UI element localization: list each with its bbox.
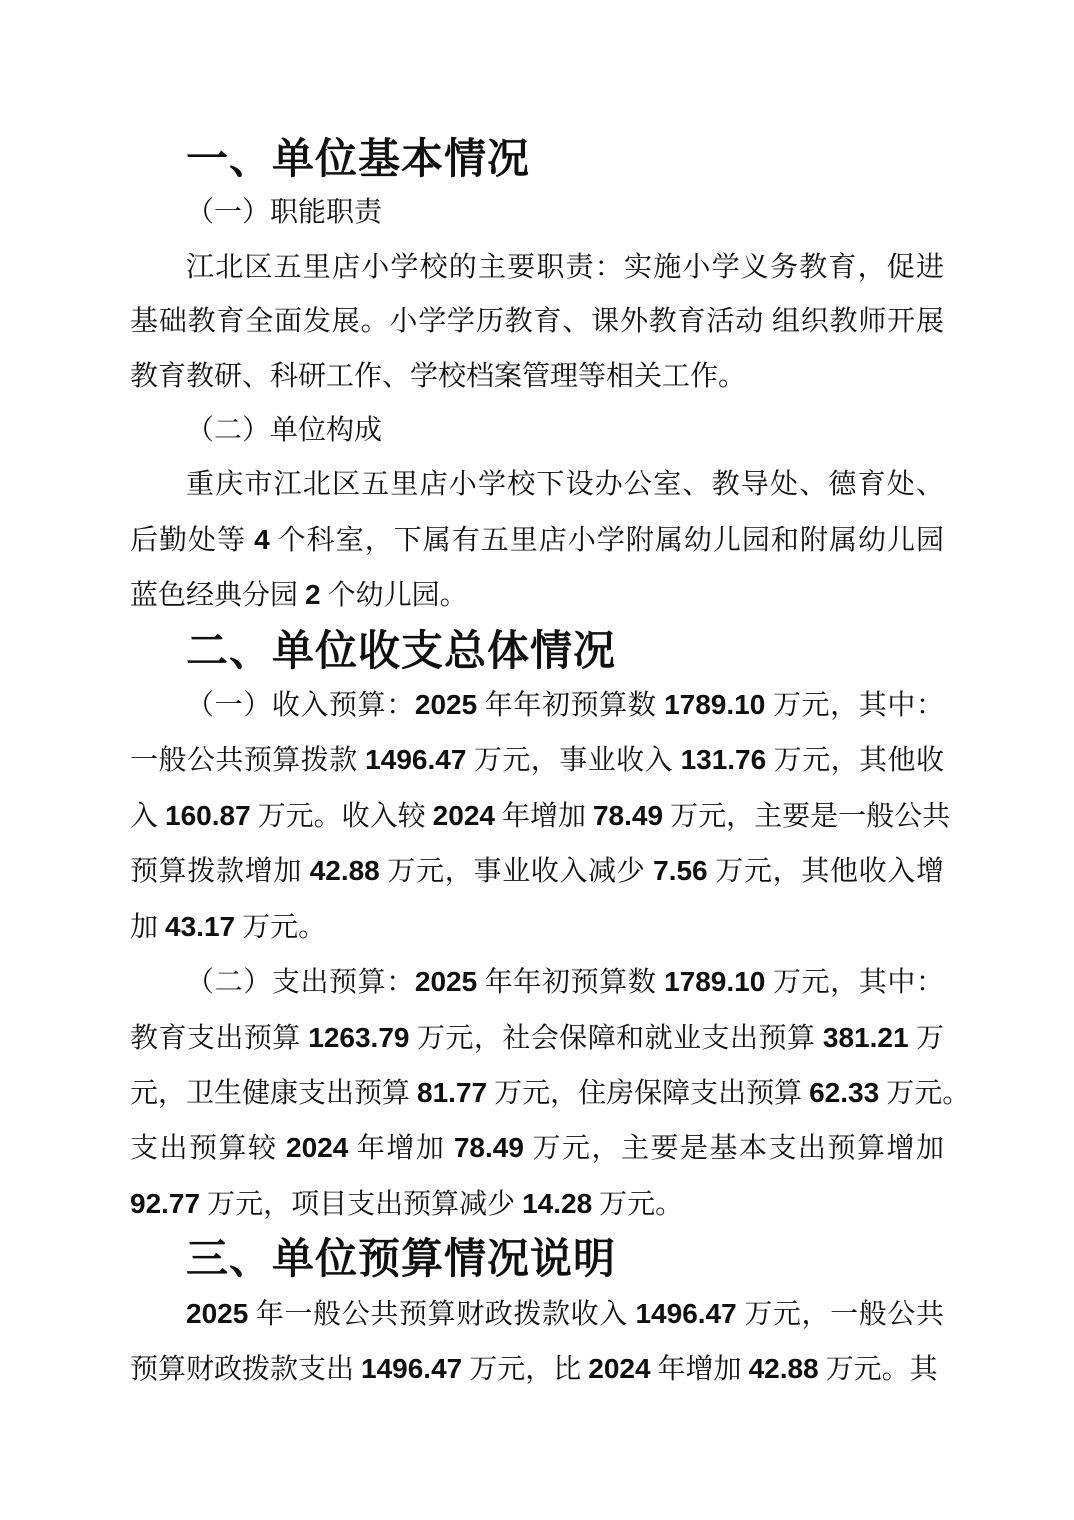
text-line: 92.77 万元，项目支出预算减少 14.28 万元。 (130, 1177, 944, 1232)
numeric-value: 42.88 (749, 1353, 819, 1384)
numeric-value: 7.56 (653, 855, 708, 886)
text-line: 一般公共预算拨款 1496.47 万元，事业收入 131.76 万元，其他收 (130, 733, 944, 788)
paragraph-budget-explanation: 2025 年一般公共预算财政拨款收入 1496.47 万元，一般公共预算财政拨款… (130, 1287, 944, 1398)
numeric-value: 2025 (186, 1298, 248, 1329)
text-line: 蓝色经典分园 2 个幼儿园。 (130, 568, 944, 623)
numeric-value: 1496.47 (361, 1353, 462, 1384)
text-line: 江北区五里店小学校的主要职责：实施小学义务教育，促进 (130, 241, 944, 295)
section-heading-1: 一、单位基本情况 (130, 132, 944, 186)
numeric-value: 42.88 (310, 855, 380, 886)
numeric-value: 1496.47 (635, 1298, 736, 1329)
text-line: 教育支出预算 1263.79 万元，社会保障和就业支出预算 381.21 万 (130, 1011, 944, 1066)
numeric-value: 78.49 (593, 800, 663, 831)
numeric-value: 92.77 (130, 1188, 200, 1219)
numeric-value: 131.76 (681, 744, 767, 775)
numeric-value: 14.28 (522, 1188, 592, 1219)
text-line: 入 160.87 万元。收入较 2024 年增加 78.49 万元，主要是一般公… (130, 789, 944, 844)
numeric-value: 2 (305, 579, 321, 610)
numeric-value: 381.21 (823, 1022, 909, 1053)
numeric-value: 2024 (433, 800, 495, 831)
text-line: 元，卫生健康支出预算 81.77 万元，住房保障支出预算 62.33 万元。 (130, 1066, 944, 1121)
document-page: 一、单位基本情况 （一）职能职责 江北区五里店小学校的主要职责：实施小学义务教育… (0, 0, 1074, 1520)
text-line: 2025 年一般公共预算财政拨款收入 1496.47 万元，一般公共 (130, 1287, 944, 1342)
numeric-value: 1789.10 (664, 689, 765, 720)
text-line: 重庆市江北区五里店小学校下设办公室、教导处、德育处、 (130, 458, 944, 512)
text-line: 预算财政拨款支出 1496.47 万元，比 2024 年增加 42.88 万元。… (130, 1342, 944, 1397)
numeric-value: 2024 (286, 1132, 348, 1163)
document-content: 一、单位基本情况 （一）职能职责 江北区五里店小学校的主要职责：实施小学义务教育… (130, 132, 944, 1397)
text-line: 预算拨款增加 42.88 万元，事业收入减少 7.56 万元，其他收入增 (130, 844, 944, 899)
numeric-value: 62.33 (809, 1077, 879, 1108)
text-line: 加 43.17 万元。 (130, 900, 944, 955)
paragraph-duties: 江北区五里店小学校的主要职责：实施小学义务教育，促进基础教育全面发展。小学学历教… (130, 241, 944, 404)
numeric-value: 4 (254, 524, 270, 555)
numeric-value: 1496.47 (365, 744, 466, 775)
text-line: （二）支出预算：2025 年年初预算数 1789.10 万元，其中： (130, 955, 944, 1010)
numeric-value: 81.77 (417, 1077, 487, 1108)
text-line: （一）收入预算：2025 年年初预算数 1789.10 万元，其中： (130, 678, 944, 733)
numeric-value: 2025 (415, 966, 477, 997)
numeric-value: 2024 (588, 1353, 650, 1384)
numeric-value: 160.87 (165, 800, 251, 831)
numeric-value: 1263.79 (308, 1022, 409, 1053)
numeric-value: 78.49 (454, 1132, 524, 1163)
text-line: 支出预算较 2024 年增加 78.49 万元，主要是基本支出预算增加 (130, 1121, 944, 1176)
subsection-heading-duties: （一）职能职责 (130, 186, 944, 240)
text-line: 教育教研、科研工作、学校档案管理等相关工作。 (130, 350, 944, 404)
paragraph-income-budget: （一）收入预算：2025 年年初预算数 1789.10 万元，其中：一般公共预算… (130, 678, 944, 955)
section-heading-3: 三、单位预算情况说明 (130, 1232, 944, 1286)
numeric-value: 43.17 (165, 911, 235, 942)
paragraph-expenditure-budget: （二）支出预算：2025 年年初预算数 1789.10 万元，其中：教育支出预算… (130, 955, 944, 1232)
subsection-heading-composition: （二）单位构成 (130, 404, 944, 458)
numeric-value: 1789.10 (664, 966, 765, 997)
text-line: 基础教育全面发展。小学学历教育、课外教育活动 组织教师开展 (130, 295, 944, 349)
numeric-value: 2025 (415, 689, 477, 720)
paragraph-composition: 重庆市江北区五里店小学校下设办公室、教导处、德育处、后勤处等 4 个科室，下属有… (130, 458, 944, 623)
text-line: 后勤处等 4 个科室，下属有五里店小学附属幼儿园和附属幼儿园 (130, 513, 944, 568)
section-heading-2: 二、单位收支总体情况 (130, 624, 944, 678)
